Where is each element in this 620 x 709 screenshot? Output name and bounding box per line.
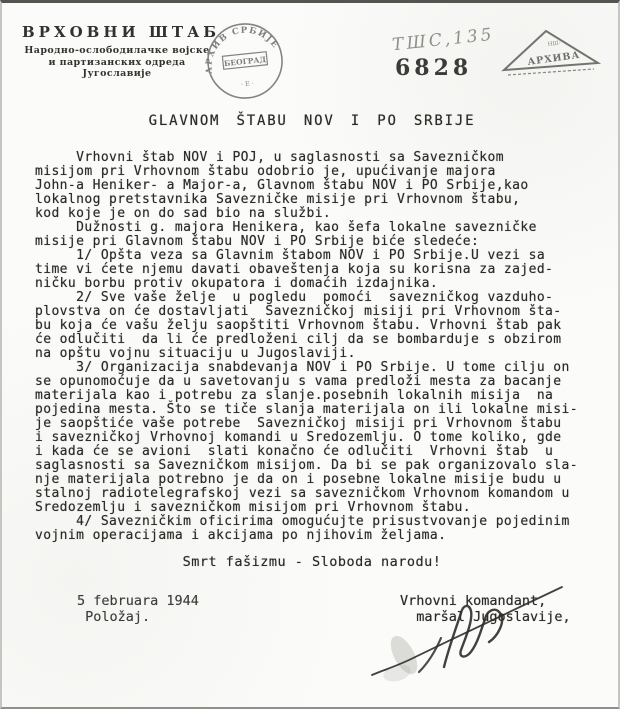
- triangle-stamp-top-text: НШ-: [547, 40, 561, 48]
- letterhead-subtitle: Народно-ослободилачке војске и партизанс…: [22, 45, 212, 80]
- round-stamp-center-text: БЕОГРАД: [224, 55, 267, 68]
- document-body: Vrhovni štab NOV i POJ, u saglasnosti sa…: [35, 151, 610, 543]
- document-heading: GLAVNOM ŠTABU NOV I PO SRBIJE: [2, 113, 620, 129]
- letterhead-sub-line1: Народно-ослободилачке војске: [22, 45, 212, 57]
- date-place-block: 5 februara 1944 Položaj.: [77, 593, 199, 625]
- closing-slogan: Smrt fašizmu - Sloboda narodu!: [2, 554, 620, 570]
- triangle-archive-stamp-icon: НШ- АРХИВА: [498, 25, 603, 87]
- registry-number: 6828: [395, 55, 472, 81]
- letterhead-sub-line2: и партизанских одреда: [22, 57, 212, 69]
- svg-text:АРХИВ СРБИЈЕ: АРХИВ СРБИЈЕ: [200, 22, 282, 75]
- signer-title-block: Vrhovni komandant, maršal Jugoslavije,: [400, 593, 571, 625]
- scanned-document: ВРХОВНИ ШТАБ Народно-ослободилачке војск…: [0, 0, 620, 709]
- letterhead-title: ВРХОВНИ ШТАБ: [22, 23, 212, 41]
- round-stamp-arc-text: АРХИВ СРБИЈЕ: [200, 22, 282, 75]
- letterhead-sub-line3: Југославије: [22, 68, 212, 80]
- round-archive-stamp-icon: АРХИВ СРБИЈЕ БЕОГРАД · Е ·: [194, 10, 295, 111]
- letterhead: ВРХОВНИ ШТАБ Народно-ослободилачке војск…: [22, 23, 212, 80]
- round-stamp-bottom-text: · Е ·: [241, 79, 255, 88]
- handwritten-note: ТШС,135: [391, 25, 495, 56]
